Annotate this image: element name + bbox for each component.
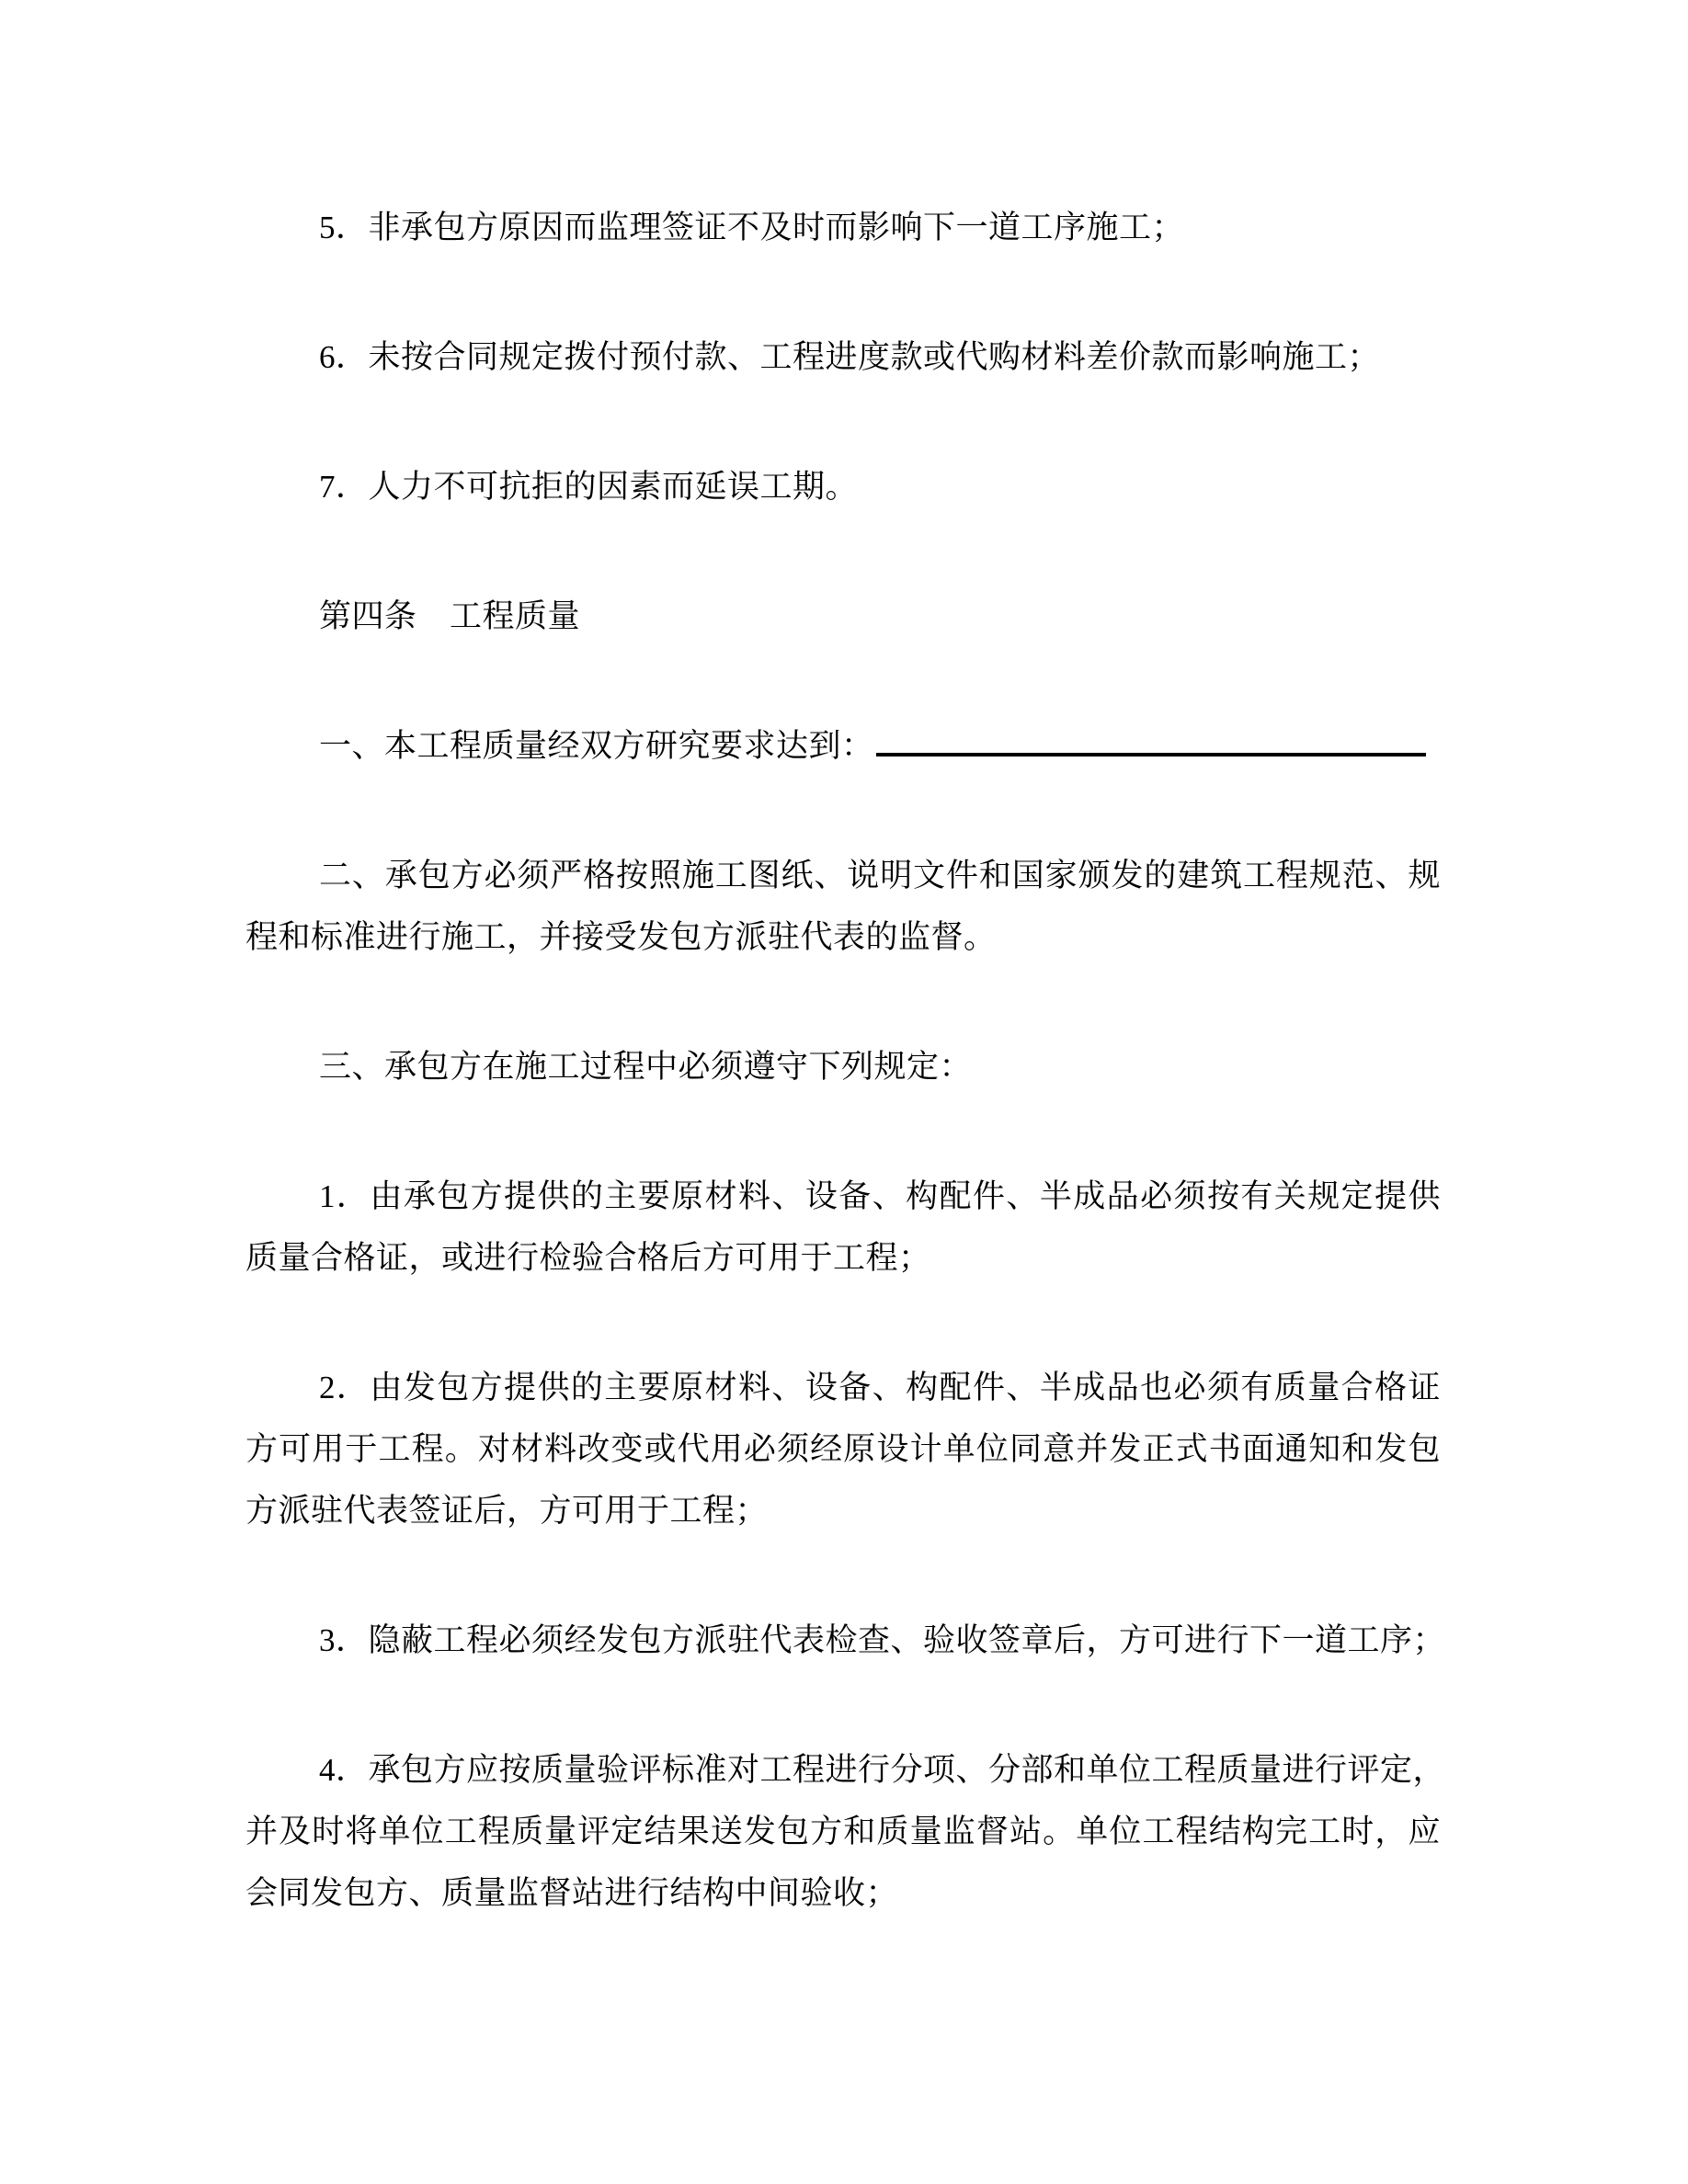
contract-paragraph: 3．隐蔽工程必须经发包方派驻代表检查、验收签章后，方可进行下一道工序；	[245, 1610, 1441, 1671]
fill-in-blank-underline	[876, 724, 1426, 757]
contract-line: 1．由承包方提供的主要原材料、设备、构配件、半成品必须按有关规定提供	[245, 1166, 1441, 1227]
contract-line: 方派驻代表签证后，方可用于工程；	[245, 1480, 1441, 1541]
contract-paragraph: 4．承包方应按质量验评标准对工程进行分项、分部和单位工程质量进行评定， 并及时将…	[245, 1739, 1441, 1924]
contract-paragraph: 2．由发包方提供的主要原材料、设备、构配件、半成品也必须有质量合格证 方可用于工…	[245, 1357, 1441, 1541]
contract-line: 二、承包方必须严格按照施工图纸、说明文件和国家颁发的建筑工程规范、规	[245, 845, 1441, 906]
contract-paragraph: 7．人力不可抗拒的因素而延误工期。	[245, 456, 1441, 518]
contract-line: 6．未按合同规定拨付预付款、工程进度款或代购材料差价款而影响施工；	[245, 326, 1441, 388]
contract-line: 并及时将单位工程质量评定结果送发包方和质量监督站。单位工程结构完工时，应	[245, 1801, 1441, 1862]
contract-line: 程和标准进行施工，并接受发包方派驻代表的监督。	[245, 906, 1441, 968]
contract-section-heading: 第四条 工程质量	[245, 586, 1441, 647]
clause-text: 一、本工程质量经双方研究要求达到：	[319, 728, 874, 764]
contract-line: 5．非承包方原因而监理签证不及时而影响下一道工序施工；	[245, 197, 1441, 258]
contract-line: 3．隐蔽工程必须经发包方派驻代表检查、验收签章后，方可进行下一道工序；	[245, 1610, 1441, 1671]
contract-line-with-blank: 一、本工程质量经双方研究要求达到：	[245, 715, 1441, 777]
contract-line: 质量合格证，或进行检验合格后方可用于工程；	[245, 1227, 1441, 1289]
contract-line: 7．人力不可抗拒的因素而延误工期。	[245, 456, 1441, 518]
contract-text-block: 5．非承包方原因而监理签证不及时而影响下一道工序施工； 6．未按合同规定拨付预付…	[245, 197, 1441, 1992]
contract-line: 4．承包方应按质量验评标准对工程进行分项、分部和单位工程质量进行评定，	[245, 1739, 1441, 1801]
document-page: { "page": { "background": "#ffffff", "te…	[0, 0, 1688, 2184]
contract-line: 方可用于工程。对材料改变或代用必须经原设计单位同意并发正式书面通知和发包	[245, 1418, 1441, 1480]
contract-paragraph: 二、承包方必须严格按照施工图纸、说明文件和国家颁发的建筑工程规范、规 程和标准进…	[245, 845, 1441, 968]
contract-paragraph: 5．非承包方原因而监理签证不及时而影响下一道工序施工；	[245, 197, 1441, 258]
contract-line: 2．由发包方提供的主要原材料、设备、构配件、半成品也必须有质量合格证	[245, 1357, 1441, 1418]
contract-paragraph: 三、承包方在施工过程中必须遵守下列规定：	[245, 1036, 1441, 1098]
contract-paragraph: 一、本工程质量经双方研究要求达到：	[245, 715, 1441, 777]
contract-paragraph: 1．由承包方提供的主要原材料、设备、构配件、半成品必须按有关规定提供 质量合格证…	[245, 1166, 1441, 1289]
section-heading-line: 第四条 工程质量	[245, 586, 1441, 647]
contract-paragraph: 6．未按合同规定拨付预付款、工程进度款或代购材料差价款而影响施工；	[245, 326, 1441, 388]
contract-line: 三、承包方在施工过程中必须遵守下列规定：	[245, 1036, 1441, 1098]
contract-line: 会同发包方、质量监督站进行结构中间验收；	[245, 1862, 1441, 1924]
